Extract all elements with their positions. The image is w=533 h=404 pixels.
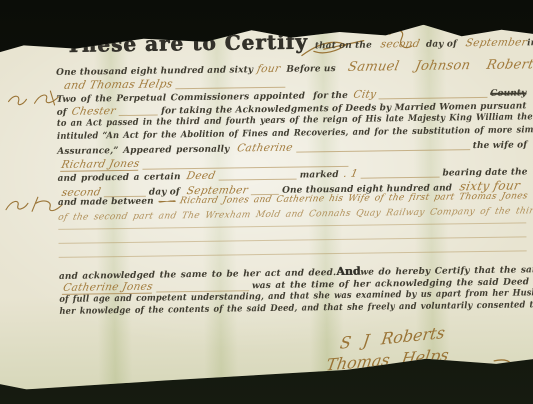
- printed-text-struck: County: [490, 88, 526, 99]
- printed-text: of: [57, 108, 67, 118]
- fill-in-rule: [296, 141, 470, 152]
- printed-text: and made between: [58, 197, 154, 208]
- printed-text: the wife of: [473, 140, 528, 151]
- handwritten-deponent-2: Catherine Jones: [62, 281, 154, 295]
- fill-in-rule: [119, 107, 158, 117]
- handwritten-deed: Deed: [185, 170, 216, 182]
- handwritten-mark: . 1: [343, 168, 360, 180]
- handwritten-commissioner-2: and Thomas Helps: [63, 77, 174, 92]
- handwritten-deponent: Catherine: [236, 142, 294, 155]
- handwritten-year: four: [256, 63, 282, 75]
- heading-line: These are to Certify that on the second …: [66, 26, 532, 57]
- handwritten-day: second: [380, 38, 421, 51]
- signature-underline-icon: [320, 367, 470, 379]
- printed-text: and produced a certain: [58, 172, 181, 184]
- parchment-page: These are to Certify that on the second …: [0, 20, 533, 392]
- blank-ruled-line: [59, 250, 527, 258]
- printed-text: Assurance,” Appeared personally: [57, 145, 229, 157]
- handwritten-parties-2: of the second part and The Wrexham Mold …: [57, 206, 533, 223]
- handwritten-husband: Richard Jones: [60, 158, 141, 172]
- printed-text: Before us: [286, 64, 335, 75]
- handwritten-city: City: [352, 88, 377, 100]
- printed-text: that on the: [315, 41, 372, 52]
- fill-in-rule: [251, 186, 279, 195]
- blank-ruled-line: [58, 222, 526, 230]
- printed-text: for the: [313, 91, 348, 101]
- printed-text: day of: [426, 39, 457, 49]
- document-scan: These are to Certify that on the second …: [0, 0, 533, 404]
- printed-text: bearing date the: [442, 167, 527, 178]
- scribbled-out-word-icon: [158, 196, 177, 206]
- blank-ruled-line: [58, 236, 526, 244]
- handwritten-county: Chester: [71, 105, 117, 118]
- printed-text: marked: [300, 170, 339, 181]
- closing-flourish-icon: [490, 357, 516, 383]
- fill-in-rule: [156, 282, 249, 292]
- handwritten-commissioner-1: Samuel Johnson Roberts: [346, 57, 533, 75]
- margin-initials-icon: [4, 191, 64, 218]
- fill-in-rule: [379, 89, 488, 100]
- certify-heading: These are to Certify: [66, 29, 308, 56]
- margin-initials-icon: [6, 85, 62, 112]
- fill-in-rule: [176, 79, 286, 90]
- handwritten-month: September: [465, 36, 529, 49]
- appeared-line: Assurance,” Appeared personally Catherin…: [57, 138, 527, 157]
- printed-and-ornament: And: [336, 265, 360, 278]
- fill-in-rule: [361, 169, 440, 179]
- parties-line-2: of the second part and The Wrexham Mold …: [58, 206, 533, 223]
- fill-in-rule: [218, 171, 297, 181]
- printed-text: in the year: [527, 38, 533, 49]
